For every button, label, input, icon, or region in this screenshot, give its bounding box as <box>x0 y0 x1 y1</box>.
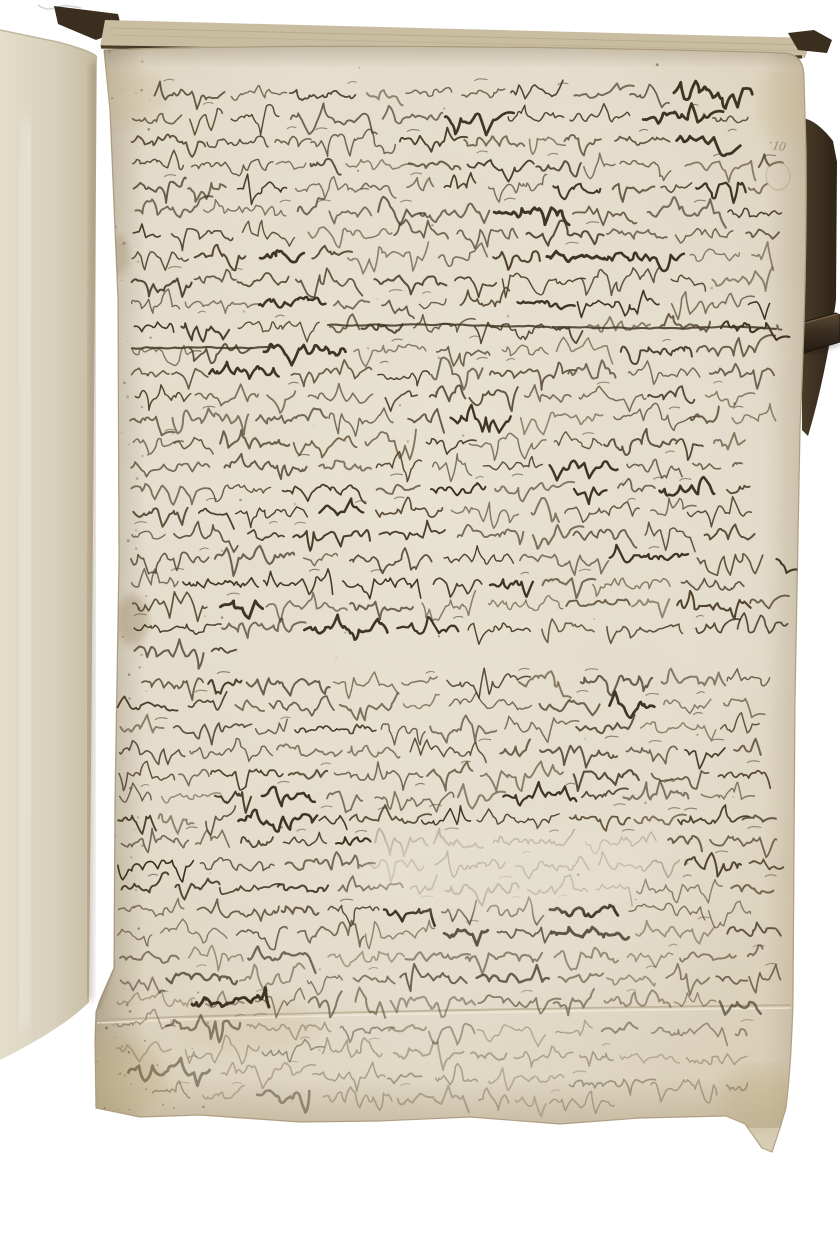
ink-speckle <box>696 734 698 736</box>
stain <box>117 594 149 646</box>
ink-speckle <box>127 341 128 342</box>
ink-speckle <box>126 395 129 398</box>
strikethrough-correction <box>132 347 272 349</box>
ink-speckle <box>128 697 131 700</box>
ink-speckle <box>202 1106 205 1109</box>
ink-speckle <box>197 991 199 993</box>
ink-speckle <box>108 50 111 53</box>
ink-speckle <box>170 1019 172 1021</box>
ink-speckle <box>135 889 137 891</box>
ink-speckle <box>210 872 211 873</box>
ink-speckle <box>644 802 646 804</box>
ink-speckle <box>137 816 139 818</box>
ink-speckle <box>122 244 123 245</box>
ink-speckle <box>121 280 122 281</box>
ink-speckle <box>145 1088 147 1090</box>
ink-speckle <box>120 1090 121 1091</box>
ink-speckle <box>123 778 124 779</box>
ink-speckle <box>131 1084 132 1085</box>
ink-speckle <box>123 988 124 989</box>
ink-speckle <box>141 406 143 408</box>
ink-speckle <box>239 499 242 502</box>
manuscript-photo: 10 <box>0 0 840 1260</box>
ink-speckle <box>115 226 117 228</box>
ink-speckle <box>431 224 433 226</box>
parchment-texture <box>53 40 812 1165</box>
ink-speckle <box>137 260 140 263</box>
ink-speckle <box>344 632 346 634</box>
ink-speckle <box>128 444 129 445</box>
ink-speckle <box>127 539 130 542</box>
ink-speckle <box>145 690 147 692</box>
ink-speckle <box>345 440 347 442</box>
ink-speckle <box>367 347 370 350</box>
ink-speckle <box>694 628 695 629</box>
ink-speckle <box>135 92 137 94</box>
ink-speckle <box>121 432 123 434</box>
ink-speckle <box>119 1073 121 1075</box>
ink-speckle <box>141 60 143 62</box>
ink-speckle <box>336 657 337 658</box>
ink-speckle <box>152 1093 153 1094</box>
ink-speckle <box>111 97 113 99</box>
ink-speckle <box>438 635 440 637</box>
ink-speckle <box>128 673 131 676</box>
ink-speckle <box>584 738 586 740</box>
ink-speckle <box>140 654 143 657</box>
ink-speckle <box>123 381 126 384</box>
ink-speckle <box>357 170 359 172</box>
ink-speckle <box>319 1049 321 1051</box>
ink-speckle <box>149 250 150 251</box>
ink-speckle <box>96 1061 97 1062</box>
ink-speckle <box>593 618 595 620</box>
ink-speckle <box>135 529 137 531</box>
ink-speckle <box>635 899 636 900</box>
ink-speckle <box>162 1104 164 1106</box>
ink-speckle <box>141 455 143 457</box>
ink-speckle <box>145 595 147 597</box>
ink-speckle <box>128 1051 130 1053</box>
ink-speckle <box>710 287 713 290</box>
ink-speckle <box>243 310 246 313</box>
ink-speckle <box>129 1109 130 1110</box>
ink-speckle <box>313 425 314 426</box>
ink-speckle <box>393 282 394 283</box>
ink-speckle <box>377 298 379 300</box>
ink-speckle <box>115 1037 116 1038</box>
ink-speckle <box>149 336 152 339</box>
faded-patch <box>360 830 650 914</box>
facing-page <box>0 30 97 1060</box>
ink-speckle <box>129 1010 132 1013</box>
ink-speckle <box>192 1048 194 1050</box>
ink-speckle <box>407 440 409 442</box>
ink-speckle <box>399 404 401 406</box>
ink-speckle <box>122 636 124 638</box>
ink-speckle <box>123 242 126 245</box>
manuscript-svg: 10 <box>0 0 840 1260</box>
ink-speckle <box>291 1101 292 1102</box>
ink-speckle <box>157 1064 159 1066</box>
ink-speckle <box>191 1001 192 1002</box>
ink-speckle <box>139 666 141 668</box>
ink-speckle <box>147 128 150 131</box>
ink-speckle <box>130 856 132 858</box>
ink-speckle <box>137 927 139 929</box>
ink-speckle <box>123 758 124 759</box>
ink-speckle <box>293 503 296 506</box>
ink-speckle <box>135 548 137 550</box>
ink-speckle <box>443 107 445 109</box>
ink-speckle <box>172 434 173 435</box>
ink-speckle <box>135 1038 136 1039</box>
ink-speckle <box>140 89 143 92</box>
ink-speckle <box>204 615 206 617</box>
ink-speckle <box>136 477 139 480</box>
ink-speckle <box>121 89 122 90</box>
ink-speckle <box>622 481 623 482</box>
ink-speckle <box>319 968 321 970</box>
ink-speckle <box>173 1107 175 1109</box>
ink-speckle <box>732 796 734 798</box>
ink-speckle <box>117 1109 119 1111</box>
ink-speckle <box>100 1023 101 1024</box>
ink-speckle <box>124 1074 126 1076</box>
ink-speckle <box>656 63 659 66</box>
ink-speckle <box>134 829 135 830</box>
ink-speckle <box>438 356 441 359</box>
ink-speckle <box>462 435 464 437</box>
ink-speckle <box>104 1107 106 1109</box>
ink-speckle <box>144 1040 146 1042</box>
ink-speckle <box>221 550 223 552</box>
ink-speckle <box>507 315 510 318</box>
ink-speckle <box>121 1045 123 1047</box>
ink-speckle <box>113 1024 115 1026</box>
ink-speckle <box>149 100 150 101</box>
ink-speckle <box>206 1022 209 1025</box>
ink-speckle <box>359 67 360 68</box>
ink-speckle <box>770 141 772 143</box>
ink-speckle <box>105 1026 108 1029</box>
ink-speckle <box>221 616 224 619</box>
